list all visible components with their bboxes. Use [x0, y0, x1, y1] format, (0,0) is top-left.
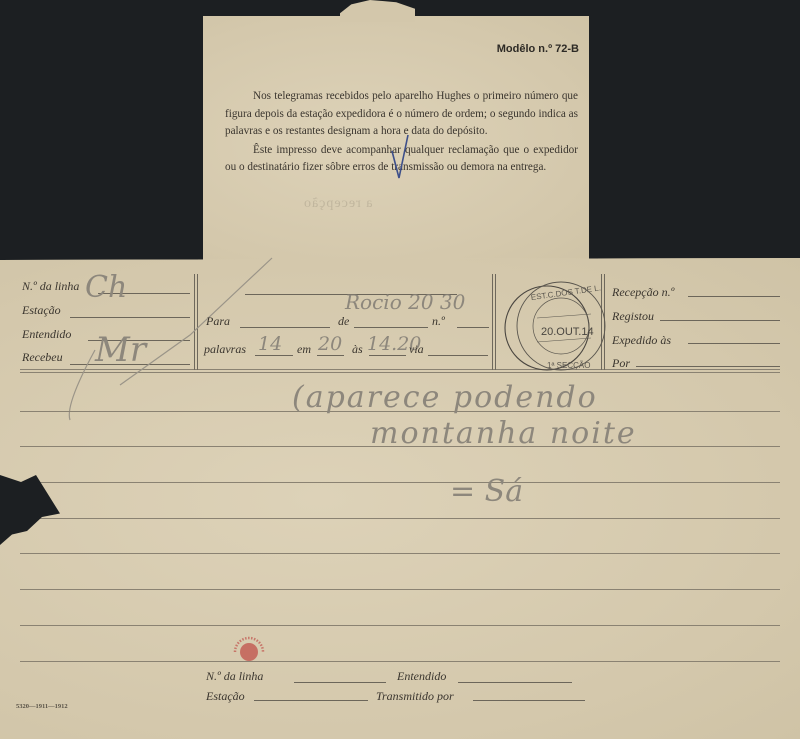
label-expedido: Expedido às: [612, 333, 671, 348]
label-estacao: Estação: [22, 303, 61, 318]
torn-corner: [340, 0, 415, 22]
label-de: de: [338, 314, 349, 329]
field-via[interactable]: [428, 355, 488, 356]
handwritten-em: 20: [318, 333, 342, 355]
label-palavras: palavras: [204, 342, 246, 357]
field-as[interactable]: [369, 355, 406, 356]
label-via: via: [409, 342, 424, 357]
field-em[interactable]: [317, 355, 344, 356]
check-mark-icon: [390, 133, 412, 183]
label-para: Para: [206, 314, 230, 329]
message-signature: = Sá: [450, 474, 523, 509]
svg-text:1ª SECÇÃO: 1ª SECÇÃO: [547, 361, 590, 370]
print-code: 5320—1911—1912: [16, 703, 68, 710]
message-line: [20, 589, 780, 590]
divider-center: [492, 274, 493, 370]
footer-field-estacao[interactable]: [254, 700, 368, 701]
footer-field-entendido[interactable]: [458, 682, 572, 683]
label-n: n.º: [432, 314, 445, 329]
field-para[interactable]: [240, 327, 330, 328]
footer-label-estacao: Estação: [206, 689, 245, 704]
message-line: [20, 625, 780, 626]
field-de[interactable]: [354, 327, 428, 328]
message-line-1: (aparece podendo: [292, 380, 598, 415]
label-as: às: [352, 342, 363, 357]
label-recepcao: Recepção n.º: [612, 285, 674, 300]
instruction-slip: Modêlo n.º 72-B Nos telegramas recebidos…: [203, 16, 589, 266]
library-stamp-icon: [232, 630, 266, 666]
divider-center-2: [495, 274, 496, 370]
field-expedido[interactable]: [688, 343, 780, 344]
postmark-stamp-icon: 20.OUT.14 EST.C.DOS T.DE L. 1ª SECÇÃO: [503, 280, 607, 372]
field-n[interactable]: [457, 327, 489, 328]
message-line: [20, 482, 780, 483]
field-por[interactable]: [636, 366, 780, 367]
field-recepcao[interactable]: [688, 296, 780, 297]
handwritten-palavras: 14: [258, 333, 282, 355]
message-line: [20, 553, 780, 554]
label-recebeu: Recebeu: [22, 350, 63, 365]
svg-text:20.OUT.14: 20.OUT.14: [541, 326, 594, 338]
footer-field-n-linha[interactable]: [294, 682, 386, 683]
message-line: [20, 518, 780, 519]
pencil-stroke: [60, 255, 280, 425]
footer-label-transmitido: Transmitido por: [376, 689, 454, 704]
bleed-through-text: a recepção: [303, 196, 372, 212]
message-line: [20, 661, 780, 662]
footer-label-entendido: Entendido: [397, 669, 446, 684]
message-line-2: montanha noite: [370, 416, 637, 451]
handwritten-origin: Rocio 20 30: [345, 290, 465, 314]
label-em: em: [297, 342, 311, 357]
label-registou: Registou: [612, 309, 654, 324]
field-registou[interactable]: [660, 320, 780, 321]
label-por: Por: [612, 356, 630, 371]
footer-field-transmitido[interactable]: [473, 700, 585, 701]
field-palavras[interactable]: [255, 355, 293, 356]
model-number: Modêlo n.º 72-B: [497, 43, 579, 55]
footer-label-n-linha: N.º da linha: [206, 669, 263, 684]
